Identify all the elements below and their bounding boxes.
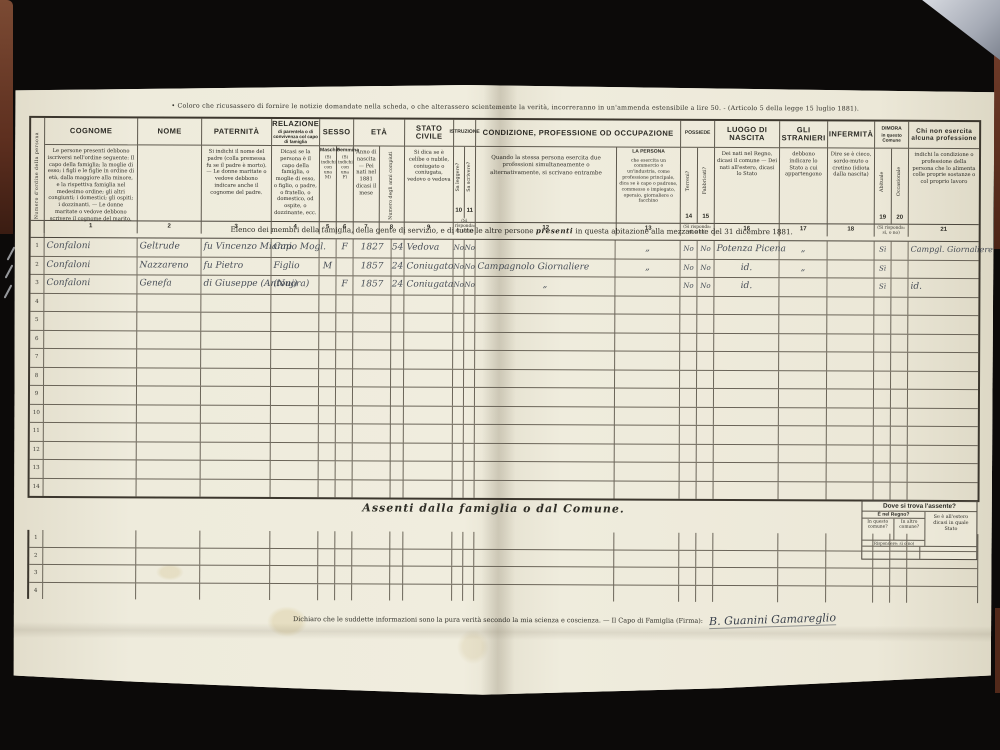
column-group-istruzione: ISTRUZIONE Sa leggere? 10 Sa scrivere? 1… <box>454 120 477 235</box>
cell-luogo: Potenza Picena <box>715 241 780 259</box>
cell-paternita: fu Vincenzo Mianni <box>202 239 272 257</box>
cell-sesso-m <box>319 276 336 294</box>
subcolumn-terreni: Terreni? 14 <box>681 148 698 224</box>
column-chi-non-esercita: Chi non esercita alcuna professione indi… <box>909 122 980 238</box>
cell-chi: id. <box>908 279 978 297</box>
cell-legge: No <box>453 258 464 276</box>
head-of-family-signature: B. Guanini Gamareglio <box>709 611 836 629</box>
cell-terreni: No <box>681 241 698 259</box>
adjacent-paper-corner <box>882 0 1000 60</box>
column-group-eta: ETÀ Anno di nascita — Pei nati nel 1881 … <box>354 119 406 234</box>
cell-sesso-f: F <box>336 276 353 294</box>
cell-scrive: No <box>465 240 476 258</box>
cell-cognome: Confaloni <box>45 256 138 274</box>
subcolumn-sa-scrivere: Sa scrivere? 11 <box>465 147 475 218</box>
cell-professione <box>476 240 616 258</box>
cell-infermita <box>827 260 874 278</box>
column-group-dimora: DIMORA in questo Comune Abituale 19 Occa… <box>875 122 910 237</box>
column-group-possiede: POSSIEDE Terreni? 14 Fabbricati? 15 (Si … <box>681 121 716 236</box>
cell-luogo: id. <box>714 259 779 277</box>
cell-stranieri: „ <box>779 260 827 278</box>
cell-stato: Vedova <box>405 240 454 258</box>
assenti-rows-container: 1 2 3 4 <box>29 530 977 603</box>
cell-nome: Geltrude <box>138 238 202 256</box>
cell-stranieri <box>779 278 827 296</box>
cell-paternita: di Giuseppe (Antonj) <box>201 276 271 294</box>
cell-chi <box>908 260 978 278</box>
cell-cognome: Confaloni <box>44 275 137 293</box>
cell-occasionale <box>891 260 908 278</box>
cell-infermita <box>827 278 874 296</box>
cell-anno: 1857 <box>353 276 391 294</box>
column-infermita: INFERMITÀ Dire se è cieco, sordo-muto o … <box>828 121 876 236</box>
column-relazione: RELAZIONE di parentela o di convivenza c… <box>272 119 321 234</box>
cell-anni: 54 <box>392 240 405 258</box>
cell-scrive: No <box>464 258 475 276</box>
cell-anno: 1827 <box>354 239 392 257</box>
cell-legge: No <box>454 240 465 258</box>
cell-paternita: fu Pietro <box>202 257 272 275</box>
cell-fabbricati: No <box>698 241 715 259</box>
cell-relazione: (Nuora) <box>271 276 319 294</box>
cell-legge: No <box>453 277 464 295</box>
photographed-census-document: { "notice": "• Coloro che ricusassero di… <box>0 0 1000 750</box>
cell-stato: Coniugata <box>404 277 453 295</box>
wood-table-edge-right-bottom <box>995 608 1000 693</box>
table-row: 14 <box>30 478 978 500</box>
handwritten-margin-tick <box>5 264 14 278</box>
cell-professione: Campagnolo Giornaliere <box>475 258 615 276</box>
column-paternita: PATERNITÀ Si indichi il nome del padre (… <box>202 119 273 235</box>
column-luogo-nascita: LUOGO DI NASCITA Dei nati nel Regno, dic… <box>715 121 781 237</box>
assenti-section-title: Assenti dalla famiglia o dal Comune. <box>213 501 773 516</box>
cell-persona: „ <box>615 259 680 277</box>
column-cognome: COGNOME Le persone presenti debbono iscr… <box>45 118 139 234</box>
cell-professione: „ <box>475 277 615 295</box>
household-members-table: Numero d'ordine della persona COGNOME Le… <box>28 116 982 502</box>
cell-occasionale <box>891 279 908 297</box>
cell-scrive: No <box>464 277 475 295</box>
subcolumn-occasionale: Occasionale 20 <box>892 149 908 225</box>
cell-relazione: Capo Mogl. <box>272 239 320 257</box>
cell-luogo: id. <box>714 278 779 296</box>
cell-fabbricati: No <box>697 278 714 296</box>
subcolumn-sa-leggere: Sa leggere? 10 <box>454 147 465 218</box>
cell-abituale: Sì <box>874 279 891 297</box>
column-group-sesso: SESSO Maschio (Si indichi con una M) 5 F… <box>320 119 355 234</box>
subcolumn-abituale: Abituale 19 <box>875 149 892 225</box>
handwritten-margin-tick <box>4 284 13 298</box>
column-nome: NOME 2 <box>138 118 203 234</box>
assenti-table: 1 2 3 4 <box>27 530 978 603</box>
wood-table-edge-right <box>994 54 1000 249</box>
cell-fabbricati: No <box>697 259 714 277</box>
column-stato-civile: STATO CIVILE Si dica se è celibe o nubil… <box>405 120 455 235</box>
table-row: 4 <box>29 582 977 603</box>
person-number-label: Numero d'ordine della persona <box>35 132 40 219</box>
table-header: Numero d'ordine della persona COGNOME Le… <box>31 118 979 225</box>
cell-occasionale <box>892 242 909 260</box>
cell-persona: „ <box>616 240 681 258</box>
declaration-line: Dichiaro che le suddette informazioni so… <box>293 611 943 628</box>
cell-sesso-m <box>320 239 337 257</box>
column-stranieri: GLI STRANIERI debbono indicare lo Stato … <box>780 121 829 236</box>
cell-persona <box>615 277 680 295</box>
empty-rows-container: 4 5 6 7 8 <box>30 293 979 500</box>
cell-relazione: Figlio <box>271 257 319 275</box>
cell-terreni: No <box>680 278 697 296</box>
cell-terreni: No <box>680 259 697 277</box>
cell-sesso-f: F <box>337 239 354 257</box>
cell-chi: Campgl. Giornaliere <box>909 242 979 260</box>
column-group-condizione: CONDIZIONE, PROFESSIONE OD OCCUPAZIONE Q… <box>476 120 682 236</box>
cell-anno: 1857 <box>353 258 391 276</box>
cell-nome: Genefa <box>137 275 201 293</box>
cell-stato: Coniugato <box>404 258 453 276</box>
census-sheet: • Coloro che ricusassero di fornire le n… <box>13 82 995 698</box>
cell-anni: 24 <box>391 258 404 276</box>
cell-stranieri: „ <box>780 241 828 259</box>
cell-sesso-f <box>336 258 353 276</box>
subcolumn-fabbricati: Fabbricati? 15 <box>698 148 714 224</box>
cell-sesso-m: M <box>319 258 336 276</box>
column-person-number: Numero d'ordine della persona <box>31 118 46 233</box>
cell-infermita <box>828 241 875 259</box>
cell-abituale: Sì <box>874 260 891 278</box>
wood-table-edge-left <box>0 0 13 234</box>
handwritten-margin-tick <box>7 246 16 260</box>
cell-abituale: Sì <box>875 242 892 260</box>
legal-notice: • Coloro che ricusassero di fornire le n… <box>135 102 895 112</box>
cell-nome: Nazzareno <box>138 257 202 275</box>
cell-anni: 24 <box>391 277 404 295</box>
cell-cognome: Confaloni <box>45 238 138 256</box>
